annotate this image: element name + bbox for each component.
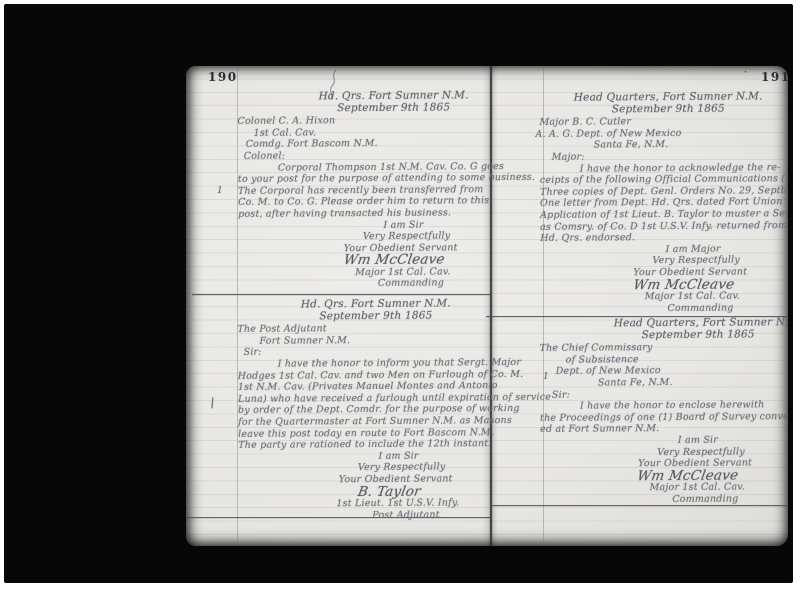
letter-closing: I am MajorVery RespectfullyYour Obedient… — [600, 243, 779, 315]
body-line: Co. M. to Co. G. Please order him to ret… — [238, 195, 490, 208]
letter-address: Colonel C. A. Hixon1st Cal. Cav.Comdg. F… — [237, 114, 489, 151]
letter-closing: I am SirVery RespectfullyYour Obedient S… — [304, 450, 486, 522]
left-page-number: 190 — [208, 70, 238, 84]
letter-body: Corporal Thompson 1st N.M. Cav. Co. G go… — [238, 161, 490, 221]
body-line: as Comsry. of Co. D 1st U.S.V. Infy. ret… — [540, 220, 788, 233]
closing-line: Commanding — [325, 277, 496, 290]
letter-address: Major B. C. CutlerA. A. G. Dept. of New … — [539, 115, 787, 152]
right-page-number: 191 — [761, 70, 788, 84]
letter-heading: Head Quarters, Fort Sumner N.M.September… — [559, 91, 777, 116]
left-margin-numeral: 1 — [217, 186, 223, 196]
heading-line: September 9th 1865 — [273, 310, 480, 323]
closing-line: Commanding — [611, 302, 788, 315]
letter-address: The Post AdjutantFort Sumner N.M. — [237, 322, 489, 347]
letter-closing: I am SirVery RespectfullyYour Obedient S… — [314, 219, 486, 291]
letter-closing: I am SirVery RespectfullyYour Obedient S… — [605, 434, 784, 506]
left-page-letter-separator-rule — [192, 294, 490, 295]
letter-heading: Hd. Qrs. Fort Sumner N.M.September 9th 1… — [272, 298, 479, 323]
closing-line: Post Adjutant — [315, 509, 497, 522]
closing-line: Commanding — [616, 493, 788, 506]
body-line: the Proceedings of one (1) Board of Surv… — [540, 411, 788, 424]
left-margin-stroke: \ — [208, 396, 215, 412]
letter-heading: Head Quarters, Fort Sumner N.M.September… — [614, 317, 783, 341]
heading-line: September 9th 1865 — [303, 102, 485, 115]
letter-right-2: Head Quarters, Fort Sumner N.M.September… — [539, 317, 788, 506]
letter-address: The Chief Commissaryof SubsistenceDept. … — [540, 341, 788, 389]
letter-right-1: Head Quarters, Fort Sumner N.M.September… — [539, 91, 788, 315]
ledger-page-spread: 190 191 1 \ 1 · Hd. Qrs. Fort Sumner N.M… — [186, 66, 788, 546]
heading-line: September 9th 1865 — [559, 103, 777, 116]
heading-line: September 9th 1865 — [614, 329, 783, 342]
letter-body: I have the honor to inform you that Serg… — [238, 357, 491, 452]
right-margin-dot: · — [744, 68, 747, 78]
letter-body: I have the honor to enclose herewiththe … — [540, 399, 788, 436]
letter-left-2: Hd. Qrs. Fort Sumner N.M.September 9th 1… — [237, 298, 491, 522]
letter-heading: Hd. Qrs. Fort Sumner N.M.September 9th 1… — [303, 90, 485, 114]
letter-body: I have the honor to acknowledge the re-c… — [540, 162, 788, 245]
letter-left-1: Hd. Qrs. Fort Sumner N.M.September 9th 1… — [237, 90, 490, 291]
closing-line: Wm McCleave — [307, 254, 480, 268]
